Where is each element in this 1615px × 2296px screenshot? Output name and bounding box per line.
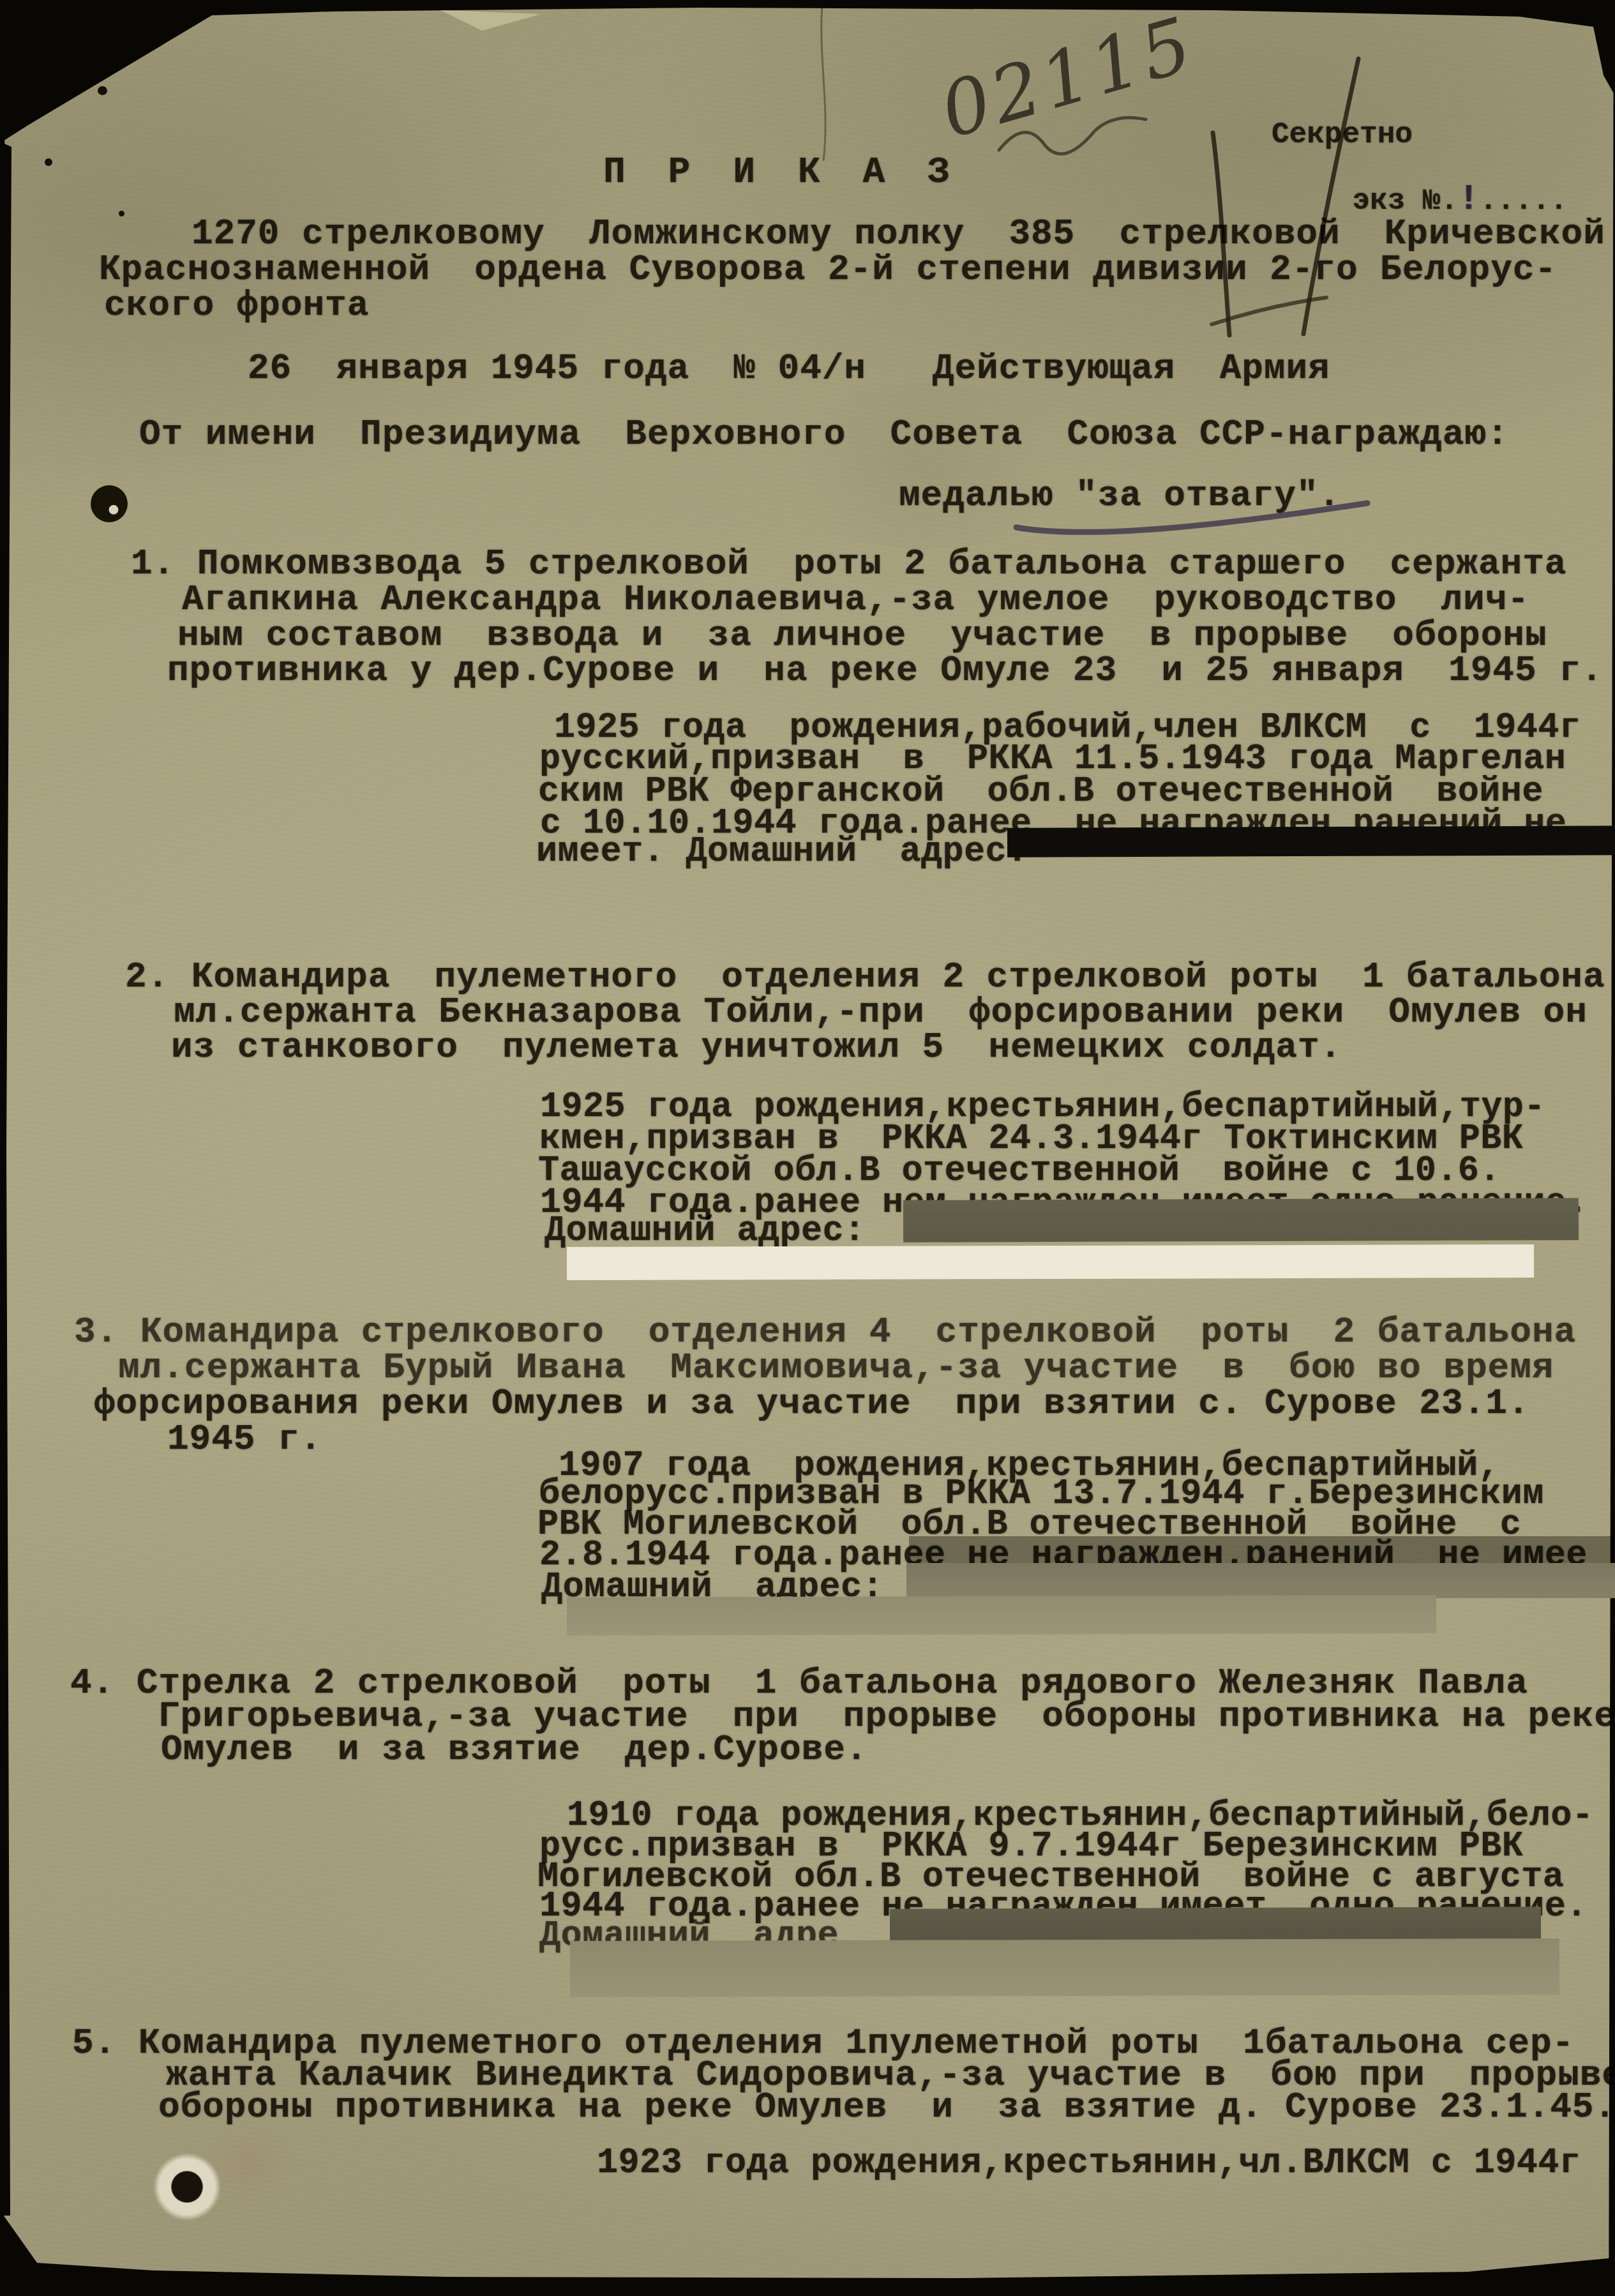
redaction-box-tan [567, 1595, 1436, 1636]
redaction-box-tan [570, 1938, 1559, 1997]
entry-3-citation-line: форсирования реки Омулев и за участие пр… [94, 1386, 1529, 1421]
entry-2-citation-line: из станкового пулемета уничтожил 5 немец… [171, 1029, 1342, 1065]
entry-1-citation-line: 1. Помкомвзвода 5 стрелковой роты 2 бата… [131, 546, 1566, 582]
entry-1-citation-line: противника у дер.Сурове и на реке Омуле … [167, 653, 1603, 688]
paper-speck [45, 158, 52, 166]
paper-speck [99, 60, 112, 74]
entry-3-citation-line: мл.сержанта Бурый Ивана Максимовича,-за … [118, 1350, 1554, 1386]
paper-speck [119, 211, 124, 216]
redaction-smudge [909, 1536, 1615, 1566]
redaction-bar-black [1007, 826, 1615, 857]
unit-line-2: Краснознаменной ордена Суворова 2-й степ… [99, 252, 1557, 287]
award-line: медалью "за отвагу". [899, 478, 1341, 513]
punch-hole [91, 485, 128, 522]
entry-5-bio-line: 1923 года рождения,крестьянин,чл.ВЛКСМ с… [597, 2145, 1581, 2180]
entry-2-citation-line: мл.сержанта Бекназарова Тойли,-при форси… [174, 994, 1588, 1030]
entry-1-bio-line: имеет. Домашний адрес: [536, 834, 1028, 869]
redaction-bar-white [567, 1244, 1534, 1280]
entry-2-bio-line: Домашний адрес: [545, 1213, 866, 1248]
entry-3-citation-line: 3. Командира стрелкового отделения 4 стр… [74, 1314, 1576, 1350]
entry-4-citation-line: Омулев и за взятие дер.Сурове. [161, 1732, 868, 1767]
entry-1-citation-line: Агапкина Александра Николаевича,-за умел… [182, 582, 1529, 617]
secret-label: Секретно [1272, 120, 1413, 149]
unit-line-3: ского фронта [104, 287, 369, 323]
paper-speck [98, 86, 107, 95]
redaction-bar-dark [890, 1907, 1541, 1941]
entry-2-citation-line: 2. Командира пулеметного отделения 2 стр… [125, 959, 1605, 995]
redaction-bar-tan [906, 1563, 1615, 1598]
punch-hole [144, 2144, 230, 2230]
entry-1-citation-line: ным составом взвода и за личное участие … [177, 617, 1547, 653]
scanned-order-page: 02115 Секретно экз №.!..... П Р И К А З … [0, 0, 1615, 2296]
date-line: 26 января 1945 года № 04/н Действующая А… [248, 351, 1330, 386]
order-title: П Р И К А З [603, 155, 960, 192]
redaction-bar-dark [903, 1198, 1579, 1242]
preamble-line: От имени Президиума Верховного Совета Со… [139, 416, 1509, 452]
entry-5-citation-line: обороны противника на реке Омулев и за в… [158, 2089, 1615, 2125]
entry-3-citation-line: 1945 г. [167, 1421, 322, 1457]
unit-line-1: 1270 стрелковому Ломжинскому полку 385 с… [192, 216, 1605, 252]
